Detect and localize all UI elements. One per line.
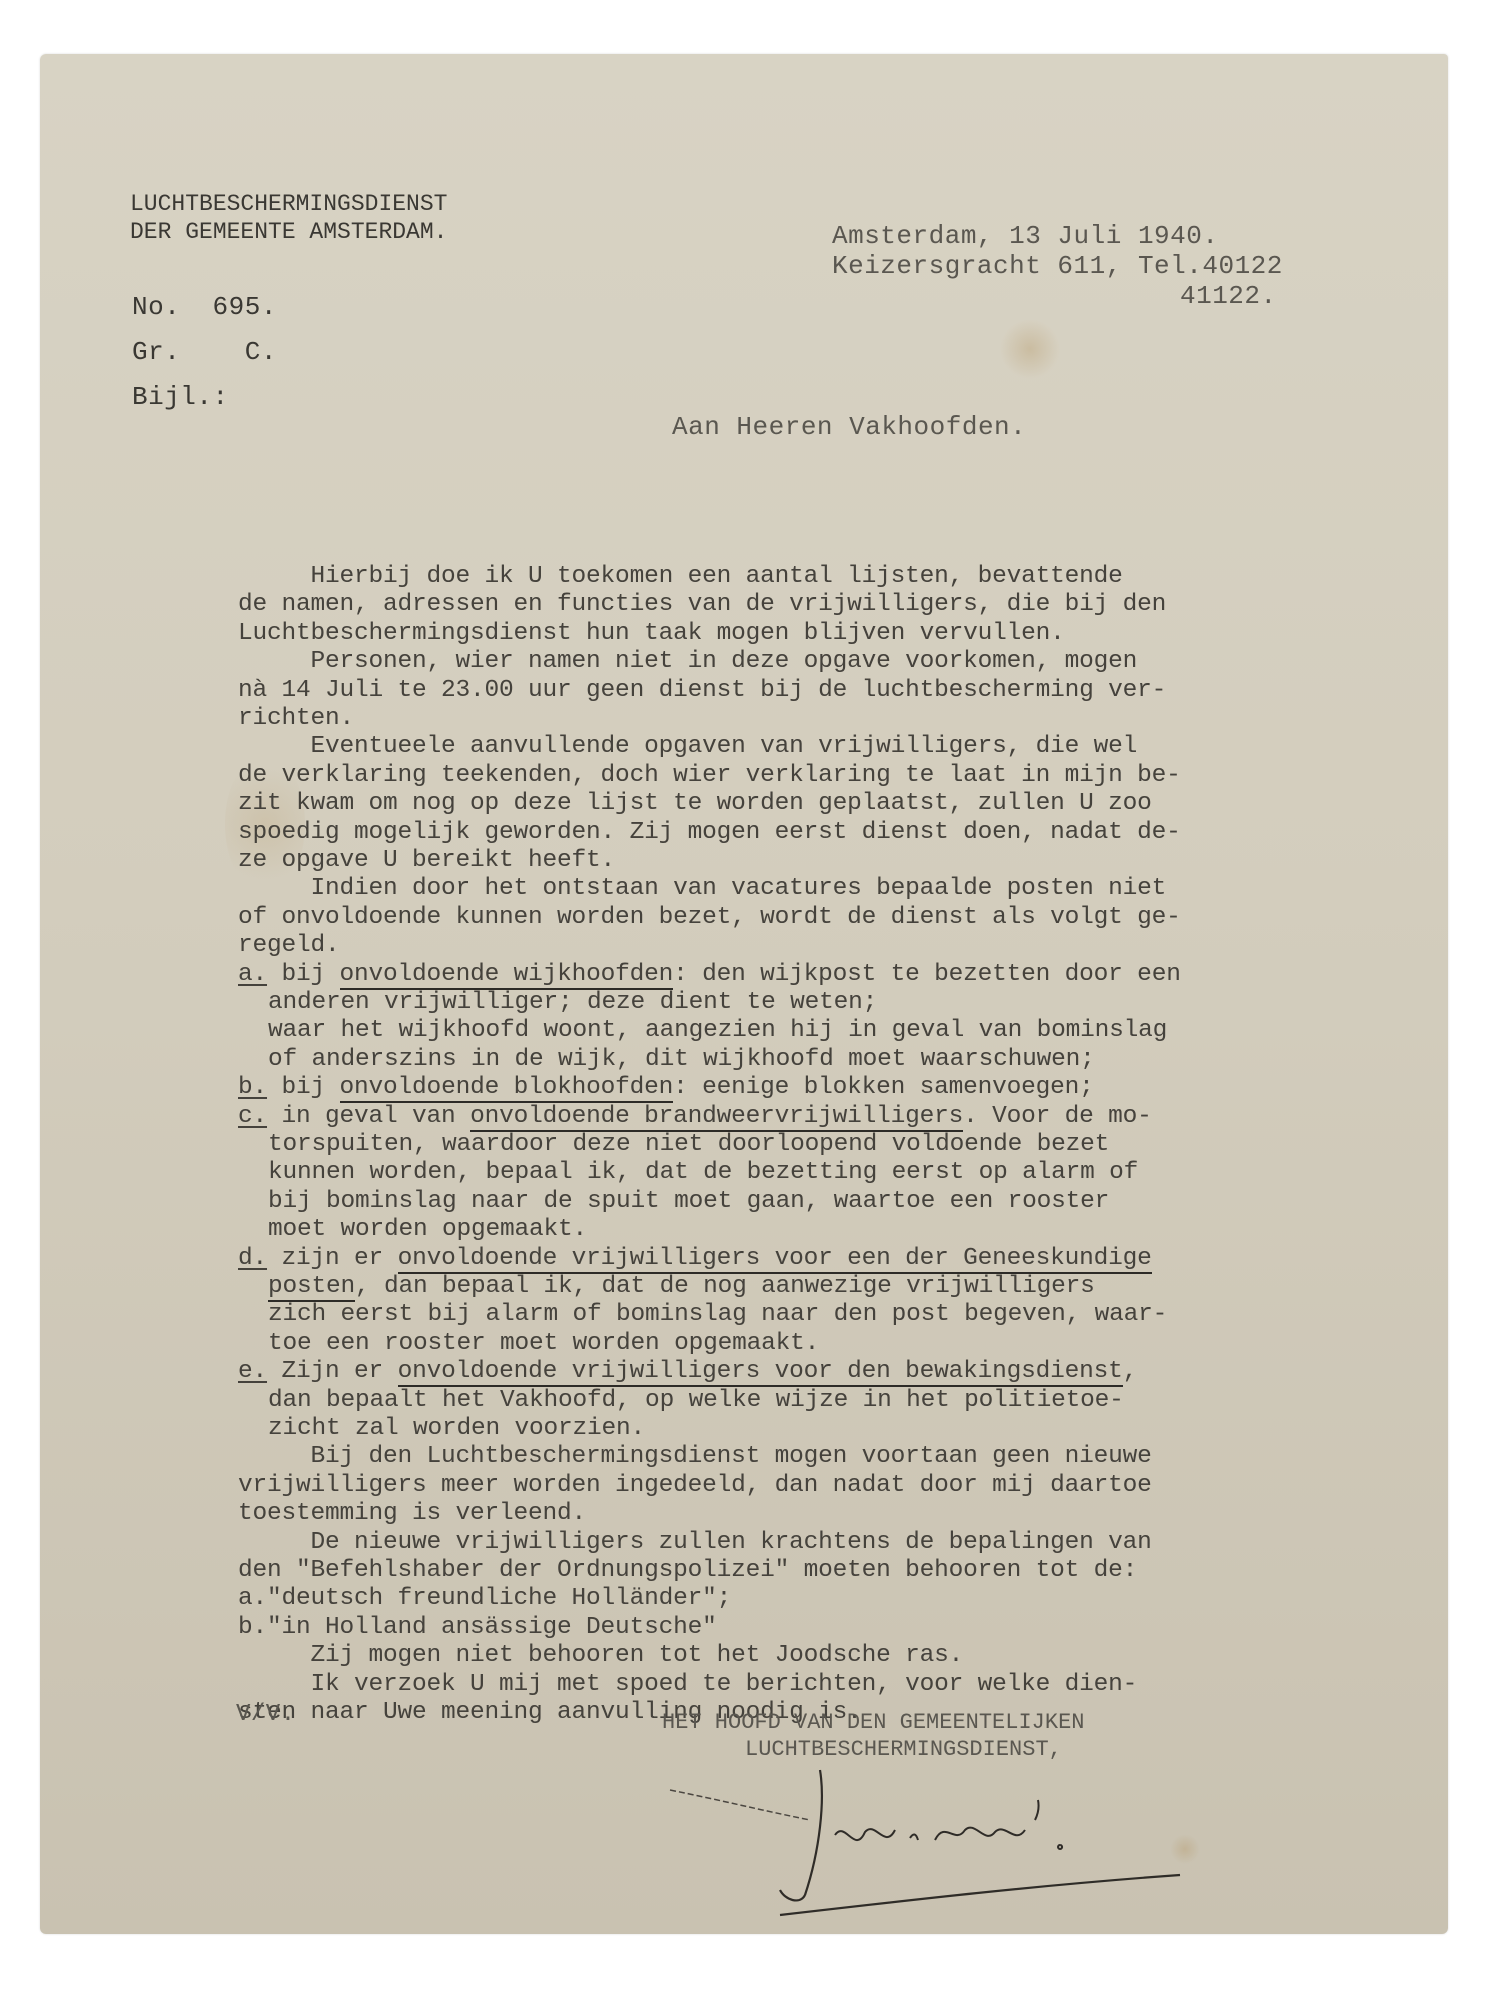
list-item-a: a. bij onvoldoende wijkhoofden: den wijk…: [238, 961, 1181, 988]
underlined-phrase: onvoldoende blokhoofden: [340, 1074, 674, 1103]
body-line: b."in Holland ansässige Deutsche": [238, 1614, 717, 1641]
underlined-phrase: onvoldoende vrijwilligers voor den bewak…: [398, 1358, 1123, 1387]
letterhead-line-2: DER GEMEENTE AMSTERDAM.: [130, 218, 447, 247]
body-line: Eventueele aanvullende opgaven van vrijw…: [238, 733, 1137, 760]
body-line: Indien door het ontstaan van vacatures b…: [238, 875, 1166, 902]
gr-label: Gr.: [132, 337, 180, 367]
list-item-text: ,: [1123, 1358, 1138, 1385]
body-line: Zij mogen niet behooren tot het Joodsche…: [238, 1642, 963, 1669]
list-item-b: b. bij onvoldoende blokhoofden: eenige b…: [238, 1074, 1094, 1101]
list-item-continuation: posten, dan bepaal ik, dat de nog aanwez…: [268, 1273, 1095, 1300]
list-item-continuation: kunnen worden, bepaal ik, dat de bezetti…: [268, 1159, 1138, 1186]
tel-second: 41122.: [1180, 282, 1277, 311]
reference-gr: Gr. C.: [132, 338, 277, 367]
list-item-text: bij: [282, 1074, 340, 1101]
list-item-continuation: dan bepaalt het Vakhoofd, op welke wijze…: [268, 1387, 1124, 1414]
letterhead-line-1: LUCHTBESCHERMINGSDIENST: [130, 190, 447, 219]
list-item-continuation: zicht zal worden voorzien.: [268, 1415, 645, 1442]
no-label: No.: [132, 292, 180, 322]
reference-bijl: Bijl.:: [132, 383, 229, 412]
underlined-phrase: onvoldoende vrijwilligers voor een der G…: [398, 1245, 1152, 1274]
body-line: de namen, adressen en functies van de vr…: [238, 591, 1166, 618]
list-item-text: , dan bepaal ik, dat de nog aanwezige vr…: [355, 1273, 1095, 1300]
body-line: nà 14 Juli te 23.00 uur geen dienst bij …: [238, 677, 1166, 704]
address-tel: Keizersgracht 611, Tel.40122: [832, 252, 1283, 281]
body-line: spoedig mogelijk geworden. Zij mogen eer…: [238, 819, 1181, 846]
underlined-phrase: onvoldoende wijkhoofden: [340, 961, 674, 990]
list-item-continuation: of anderszins in de wijk, dit wijkhoofd …: [268, 1046, 1095, 1073]
list-item-e: e. Zijn er onvoldoende vrijwilligers voo…: [238, 1358, 1137, 1385]
body-line: Luchtbeschermingsdienst hun taak mogen b…: [238, 620, 1065, 647]
body-line: Hierbij doe ik U toekomen een aantal lij…: [238, 563, 1123, 590]
vv-initials: V/V.: [236, 1700, 296, 1729]
body-line: toestemming is verleend.: [238, 1500, 586, 1527]
addressee: Aan Heeren Vakhoofden.: [672, 413, 1026, 442]
no-value: 695.: [213, 292, 277, 322]
body-line: Ik verzoek U mij met spoed te berichten,…: [238, 1671, 1137, 1698]
list-item-continuation: waar het wijkhoofd woont, aangezien hij …: [268, 1017, 1167, 1044]
list-item-text: Zijn er: [282, 1358, 398, 1385]
list-item-text: . Voor de mo-: [963, 1103, 1152, 1130]
list-item-continuation: moet worden opgemaakt.: [268, 1216, 587, 1243]
list-item-c: c. in geval van onvoldoende brandweervri…: [238, 1103, 1152, 1130]
gr-value: C.: [245, 337, 277, 367]
body-line: ze opgave U bereikt heeft.: [238, 847, 615, 874]
signatory-line-1: HET HOOFD VAN DEN GEMEENTELIJKEN: [662, 1708, 1084, 1737]
place-date: Amsterdam, 13 Juli 1940.: [832, 222, 1218, 251]
body-line: den "Befehlshaber der Ordnungspolizei" m…: [238, 1557, 1137, 1584]
list-item-label: a.: [238, 961, 267, 988]
body-line: zit kwam om nog op deze lijst te worden …: [238, 790, 1152, 817]
body-line: of onvoldoende kunnen worden bezet, word…: [238, 904, 1181, 931]
body-line: regeld.: [238, 932, 340, 959]
list-item-label: d.: [238, 1245, 267, 1272]
list-item-continuation: anderen vrijwilliger; deze dient te wete…: [268, 989, 877, 1016]
underlined-phrase: onvoldoende brandweervrijwilligers: [470, 1103, 963, 1132]
body-line: De nieuwe vrijwilligers zullen krachtens…: [238, 1529, 1152, 1556]
body-line: Bij den Luchtbeschermingsdienst mogen vo…: [238, 1443, 1152, 1470]
paper-stain: [1000, 319, 1060, 379]
body-line: richten.: [238, 705, 354, 732]
list-item-continuation: zich eerst bij alarm of bominslag naar d…: [268, 1301, 1167, 1328]
list-item-text: bij: [282, 961, 340, 988]
list-item-text: zijn er: [282, 1245, 398, 1272]
body-line: de verklaring teekenden, doch wier verkl…: [238, 762, 1181, 789]
list-item-label: c.: [238, 1103, 267, 1130]
list-item-label: b.: [238, 1074, 267, 1101]
underlined-phrase: posten: [268, 1273, 355, 1302]
list-item-text: : eenige blokken samenvoegen;: [673, 1074, 1094, 1101]
reference-no: No. 695.: [132, 293, 277, 322]
body-line: Personen, wier namen niet in deze opgave…: [238, 648, 1137, 675]
body-line: vrijwilligers meer worden ingedeeld, dan…: [238, 1472, 1152, 1499]
list-item-text: in geval van: [282, 1103, 471, 1130]
list-item-continuation: bij bominslag naar de spuit moet gaan, w…: [268, 1188, 1109, 1215]
list-item-text: : den wijkpost te bezetten door een: [673, 961, 1181, 988]
list-item-continuation: toe een rooster moet worden opgemaakt.: [268, 1330, 819, 1357]
list-item-continuation: torspuiten, waardoor deze niet doorloope…: [268, 1131, 1109, 1158]
handwritten-signature: [660, 1760, 1220, 1920]
body-line: a."deutsch freundliche Holländer";: [238, 1585, 731, 1612]
list-item-d: d. zijn er onvoldoende vrijwilligers voo…: [238, 1245, 1152, 1272]
list-item-label: e.: [238, 1358, 267, 1385]
